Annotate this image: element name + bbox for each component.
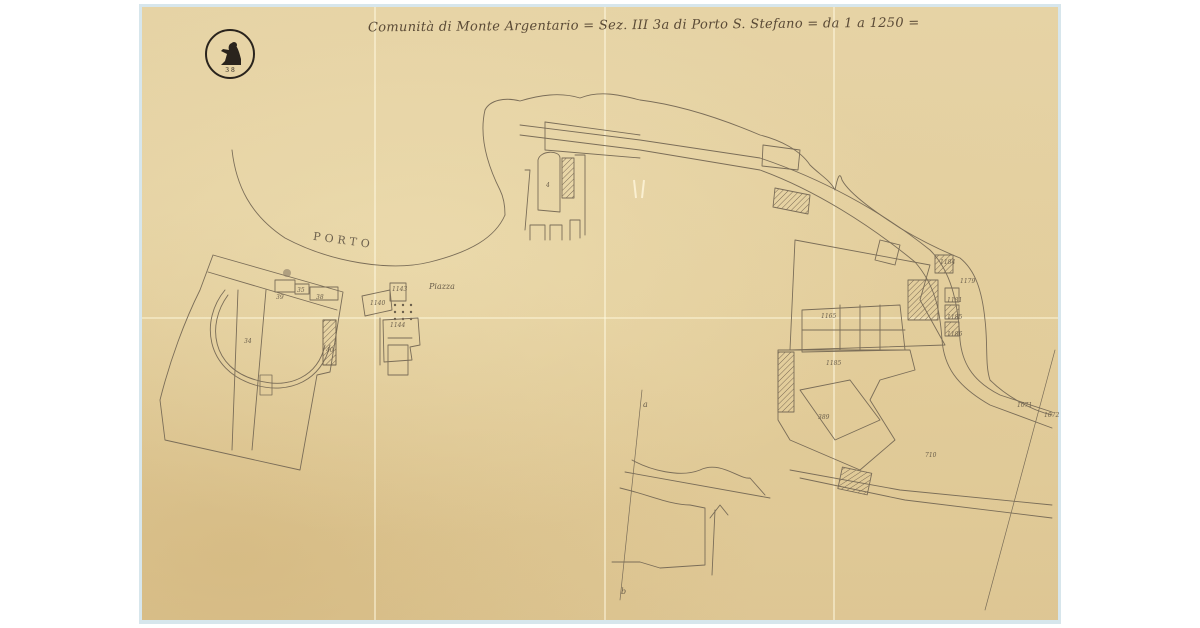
stamp-text: 3 8	[207, 67, 253, 74]
parcel-number: 38	[316, 294, 324, 301]
grid-line-east	[985, 350, 1055, 610]
seal-stamp-icon: 3 8	[205, 29, 255, 79]
parcel-number: 1143	[392, 286, 407, 293]
grid-letter: a	[643, 400, 648, 409]
parcel-number: 1140	[370, 300, 385, 307]
parcel-number: 1071	[1017, 402, 1032, 409]
lower-coastline	[632, 460, 765, 495]
parcel-number: 1181	[947, 297, 962, 304]
parcel-number: 389	[818, 414, 829, 421]
parcel-number: 39	[276, 294, 284, 301]
parcel-number: 35	[297, 287, 305, 294]
pietra-grid	[394, 304, 412, 320]
parcel-number: 1072	[1044, 412, 1059, 419]
south-road	[790, 470, 1052, 505]
promontory-west-edge	[483, 110, 505, 215]
parcel-number: 1165	[821, 313, 836, 320]
map-drawing	[0, 0, 1200, 628]
parcel-number: 1185	[826, 360, 841, 367]
parcel-number: 710	[925, 452, 936, 459]
parcel-number: 40	[326, 347, 334, 354]
parcel-number: 1184	[940, 259, 955, 266]
parcel-number: 1186	[947, 331, 962, 338]
parcel-number: 34	[244, 338, 252, 345]
parcel-number: 1179	[960, 278, 975, 285]
square-label: Piazza	[429, 282, 455, 291]
seated-figure-icon	[213, 37, 247, 71]
parcel-number: 1185	[947, 314, 962, 321]
parcel-number: 4	[546, 182, 550, 189]
north-coastline	[485, 94, 1052, 415]
parcel-number: 1144	[390, 322, 405, 329]
grid-letter: b	[621, 587, 626, 596]
grid-line-ab	[620, 390, 642, 600]
